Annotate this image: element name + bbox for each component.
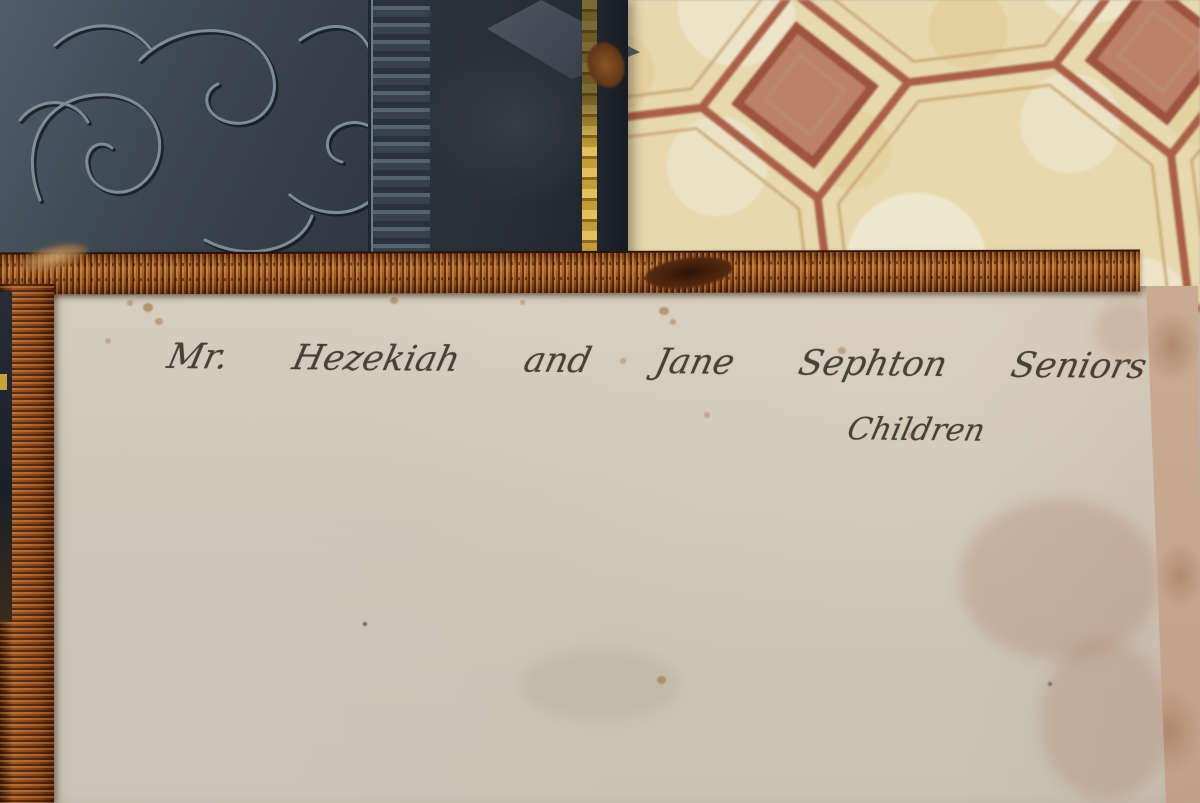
foxing-spot — [127, 300, 133, 306]
stain — [520, 650, 680, 720]
stain — [960, 500, 1160, 660]
inscription-word: Hezekiah — [289, 338, 464, 380]
tooled-dot-row — [0, 261, 1140, 267]
inscription-word: Jane — [651, 342, 738, 383]
foxing-spot — [908, 432, 914, 438]
embossed-border-band — [368, 0, 432, 270]
cover-edge — [597, 0, 628, 272]
foxing-spot — [520, 300, 525, 305]
foxing-spot — [390, 297, 398, 304]
stain — [1040, 640, 1170, 800]
album-page: Mr. Hezekiah and Jane Sephton Seniors Ch… — [48, 286, 1166, 803]
foxing-spot — [704, 412, 710, 418]
foxing-spot — [105, 338, 111, 344]
stain — [1095, 300, 1155, 360]
foxing-spot — [620, 358, 626, 364]
foxing-spot — [659, 307, 669, 315]
leather-binding-top-edge — [0, 250, 1140, 295]
inscription-line2: Children — [844, 411, 989, 448]
inscription-word: and — [520, 341, 595, 382]
inscription-word: Mr. — [164, 337, 233, 378]
foxing-spot — [838, 347, 846, 354]
photograph: Mr. Hezekiah and Jane Sephton Seniors Ch… — [0, 0, 1200, 803]
foxing-spot — [670, 319, 676, 325]
foxing-spot — [143, 303, 153, 312]
gilt-edge-glint — [0, 374, 7, 390]
dark-leather-cover — [430, 0, 628, 272]
gilt-fillet-line — [582, 0, 597, 272]
tooled-dot-row — [0, 276, 1140, 282]
binding-blemish — [643, 252, 734, 293]
ink-speck — [363, 622, 367, 626]
book-edge-underneath — [0, 292, 12, 622]
foxing-spot — [155, 318, 163, 325]
inscription-line1: Mr. Hezekiah and Jane Sephton Seniors — [164, 337, 1151, 387]
inscription-word: Sephton — [795, 344, 951, 385]
embossed-leather-cover — [0, 0, 432, 270]
